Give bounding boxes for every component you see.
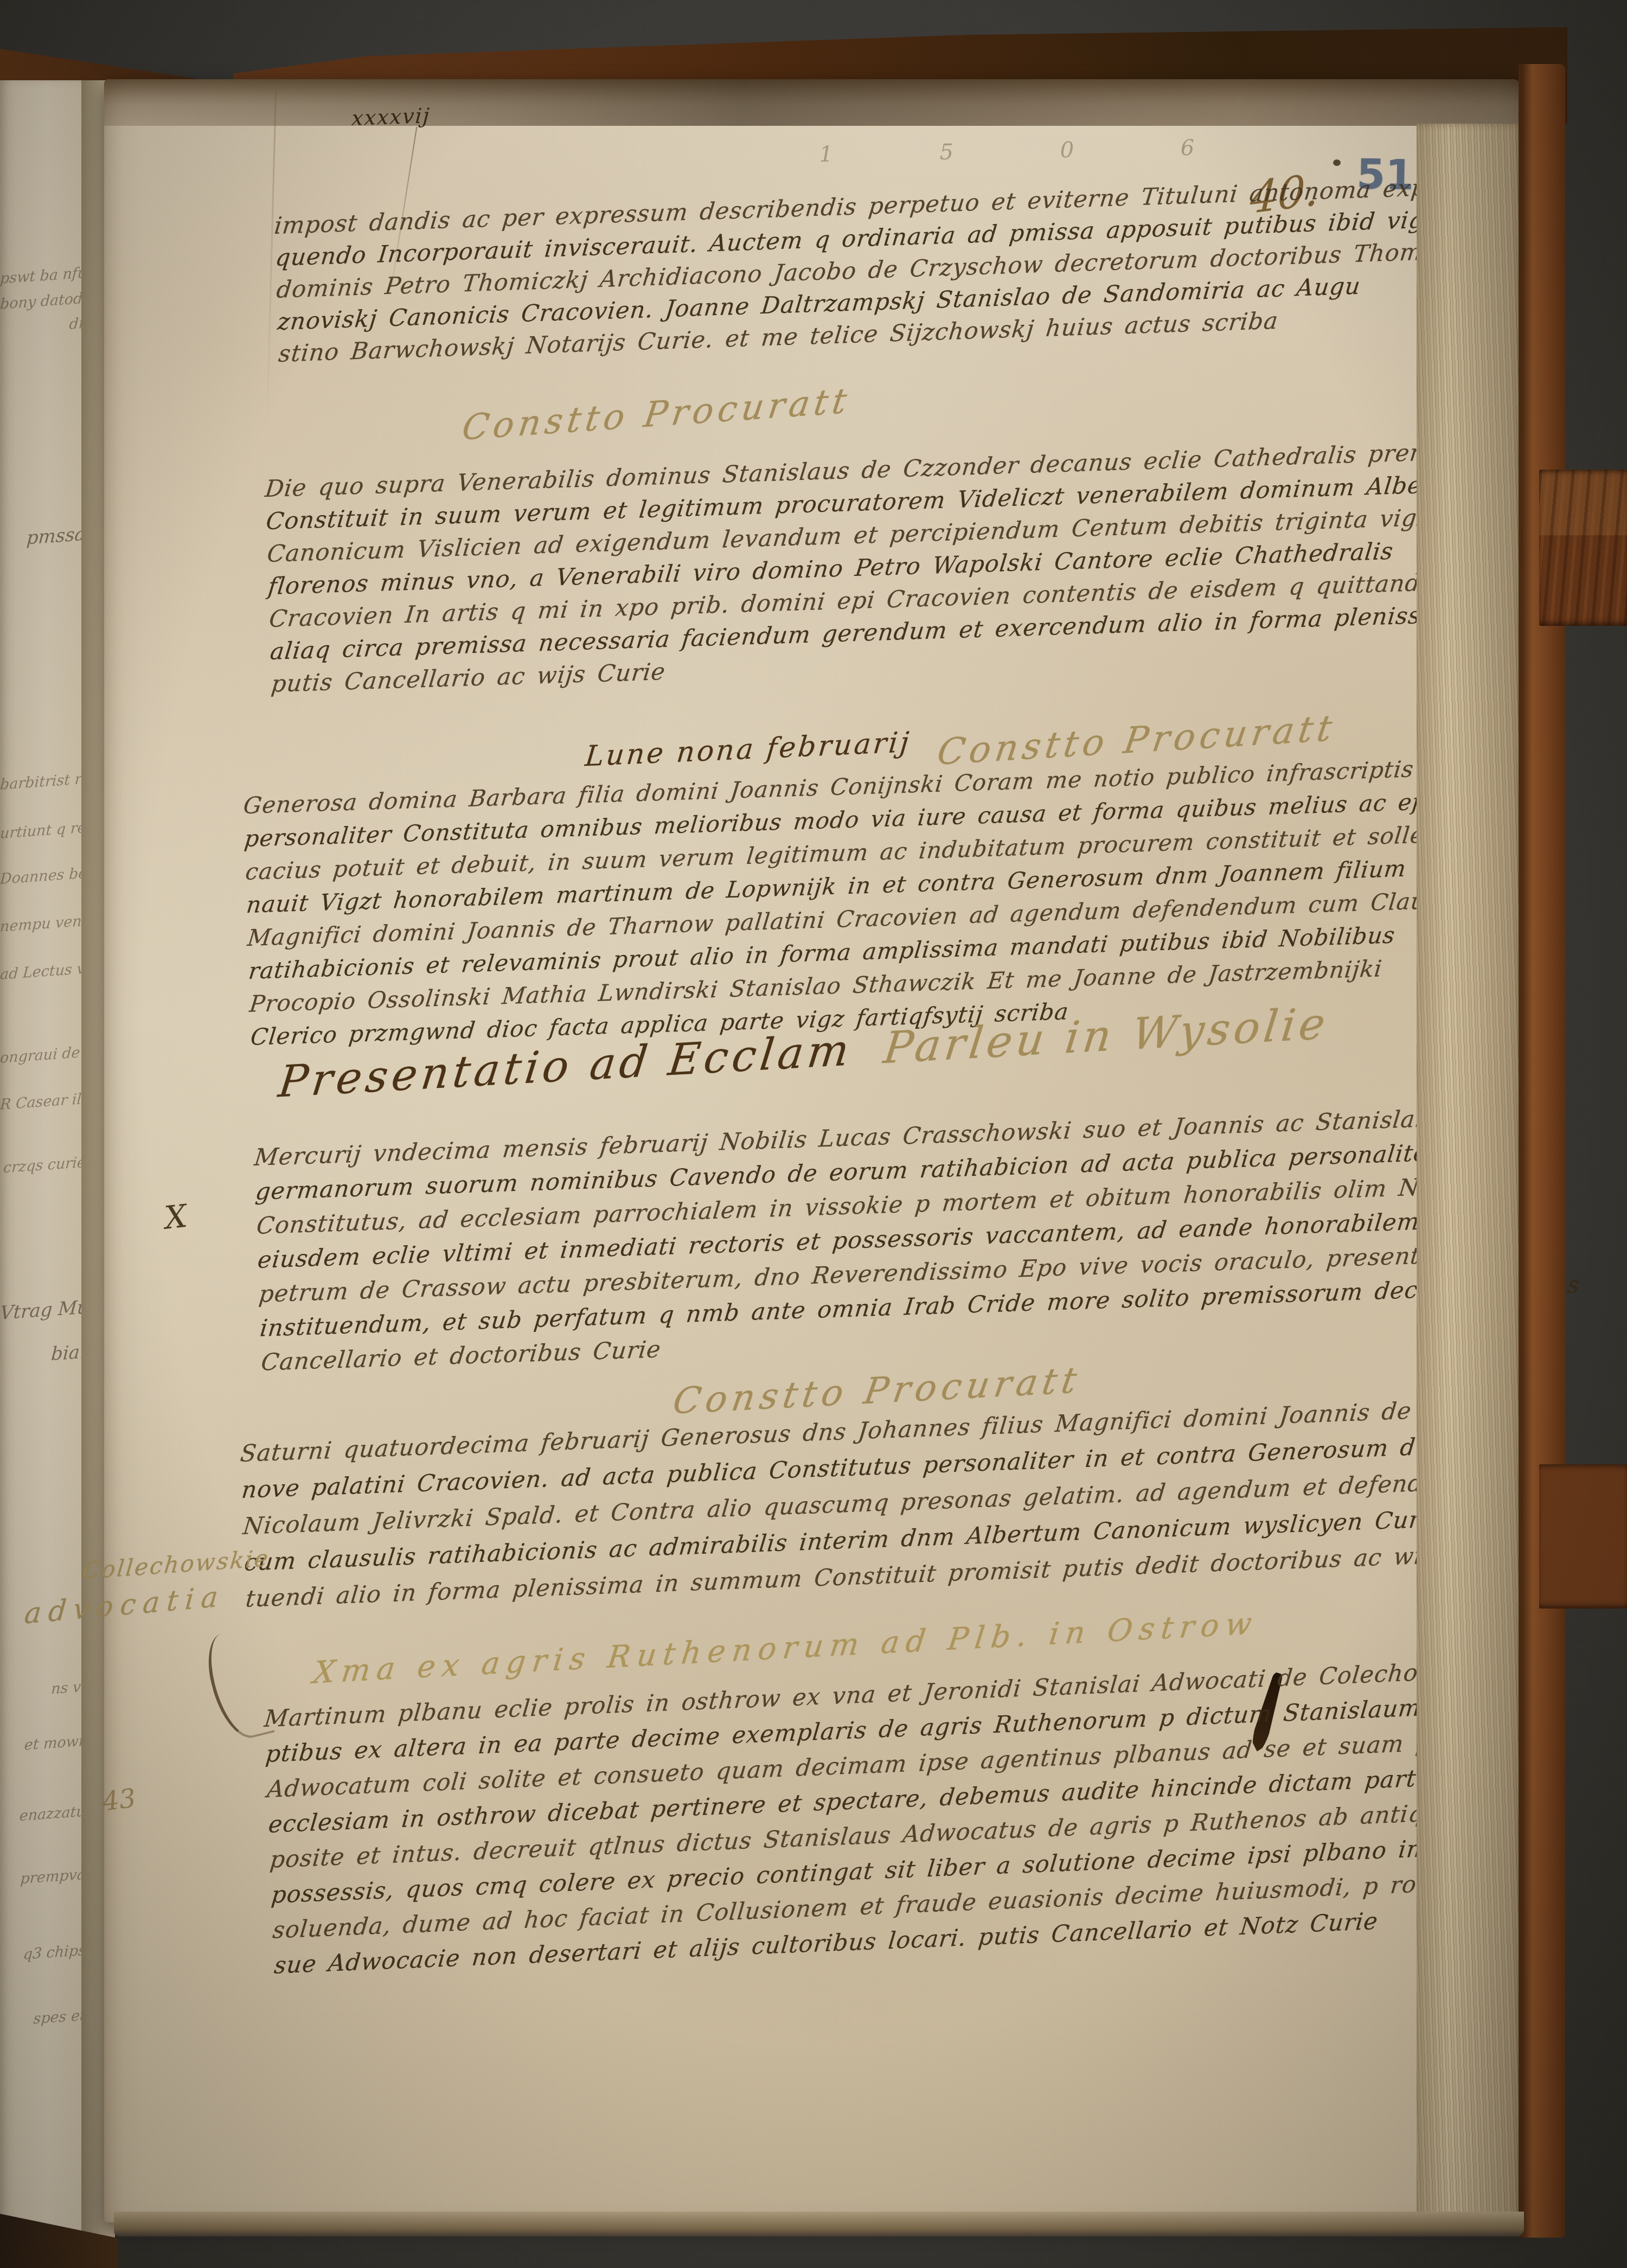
marginalia-fragment: urtiunt q recepisse	[0, 819, 89, 842]
marginalia-fragment: Doannes bergraca	[0, 864, 89, 888]
marginalia-fragment: pmssa	[0, 523, 89, 551]
marginalia-fragment: bia.	[0, 1341, 89, 1369]
marginalia-fragment: spes et	[0, 2007, 89, 2030]
book-fore-edge	[1417, 124, 1523, 2233]
page-top-stain	[104, 79, 1524, 126]
manuscript-paragraph-4: Mercurij vndecima mensis februarij Nobil…	[254, 1097, 1581, 1380]
marginalia-fragment: bony datod pt	[0, 290, 89, 313]
manuscript-paragraph-2: Die quo supra Venerabilis dominus Stanis…	[265, 434, 1506, 701]
marginalia-fragment: q3 chips	[0, 1942, 89, 1965]
marginalia-fragment: et mowr	[0, 1732, 89, 1756]
manuscript-photo: pswt ba nfug bony datod pt dr pmssa barb…	[0, 0, 1627, 2268]
margin-x-mark: X	[163, 1197, 189, 1236]
marginalia-fragment: enazzatu	[0, 1803, 89, 1826]
manuscript-paragraph-6: Martinum plbanu eclie prolis in osthrow …	[264, 1650, 1566, 1983]
ink-dot	[1333, 159, 1341, 166]
manuscript-paragraph-3: Generosa domina Barbara filia domini Joa…	[243, 748, 1570, 1054]
marginalia-fragment: Vtrag Mu	[0, 1296, 89, 1324]
page-bottom-edge	[114, 2212, 1524, 2237]
marginalia-fragment: dr	[0, 315, 89, 338]
leather-clasp-strap-bottom	[1539, 1464, 1627, 1609]
marginalia-fragment: pswt ba nfug	[0, 264, 89, 287]
marginalia-fragment: R Casear ilmira	[0, 1090, 89, 1113]
marginalia-fragment: ns vi	[0, 1678, 89, 1701]
marginalia-fragment: ad Lectus vero	[0, 960, 89, 983]
quire-mark: xxxxvij	[351, 104, 431, 130]
leather-cover-right-edge	[1519, 64, 1565, 2238]
margin-number-43: 43	[101, 1783, 137, 1817]
marginalia-fragment: crzqs curie	[0, 1154, 89, 1177]
marginalia-fragment: ongraui de quibus	[0, 1043, 89, 1067]
marginalia-fragment: barbitrist rlim	[0, 770, 89, 793]
marginalia-fragment: nempu ventorum	[0, 912, 89, 936]
leather-clasp-strap-top	[1539, 470, 1627, 626]
marginalia-fragment: prempva	[0, 1866, 89, 1889]
